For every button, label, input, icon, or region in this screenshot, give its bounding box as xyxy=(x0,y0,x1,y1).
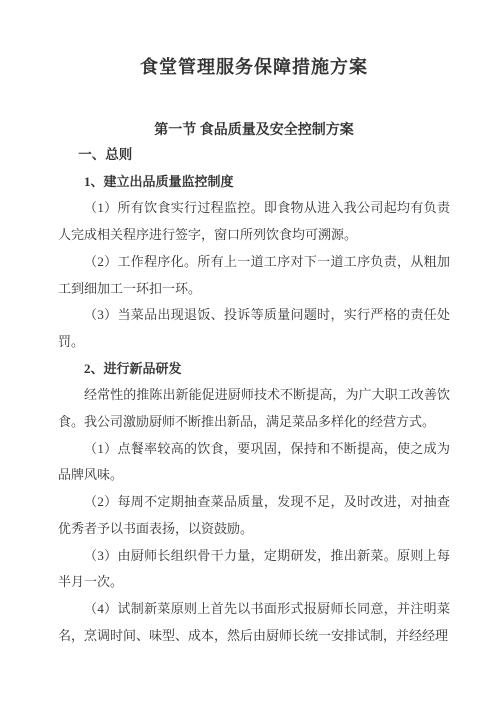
document-page: 食堂管理服务保障措施方案 第一节 食品质量及安全控制方案 一、总则 1、建立出品… xyxy=(0,0,500,707)
document-title: 食堂管理服务保障措施方案 xyxy=(58,54,450,80)
section-heading: 第一节 食品质量及安全控制方案 xyxy=(58,122,450,140)
paragraph: （1）所有饮食实行过程监控。即食物从进入我公司起均有负责人完成相关程序进行签字，… xyxy=(58,195,450,248)
paragraph: （4）试制新菜原则上首先以书面形式报厨师长同意，并注明菜名，烹调时间、味型、成本… xyxy=(58,596,450,649)
heading-level-2: 2、进行新品研发 xyxy=(58,356,450,383)
paragraph: （3）当菜品出现退饭、投诉等质量问题时，实行严格的责任处罚。 xyxy=(58,302,450,355)
paragraph: （2）工作程序化。所有上一道工序对下一道工序负责，从粗加工到细加工一环扣一环。 xyxy=(58,249,450,302)
paragraph: （3）由厨师长组织骨干力量，定期研发，推出新菜。原则上每半月一次。 xyxy=(58,543,450,596)
heading-level-2: 1、建立出品质量监控制度 xyxy=(58,169,450,196)
paragraph: （1）点餐率较高的饮食，要巩固，保持和不断提高，使之成为品牌风味。 xyxy=(58,436,450,489)
paragraph: 经常性的推陈出新能促进厨师技术不断提高，为广大职工改善饮食。我公司激励厨师不断推… xyxy=(58,382,450,435)
paragraph: （2）每周不定期抽查菜品质量，发现不足，及时改进，对抽查优秀者予以书面表扬，以资… xyxy=(58,489,450,542)
heading-level-1: 一、总则 xyxy=(58,142,450,169)
document-body: 一、总则 1、建立出品质量监控制度 （1）所有饮食实行过程监控。即食物从进入我公… xyxy=(58,142,450,649)
